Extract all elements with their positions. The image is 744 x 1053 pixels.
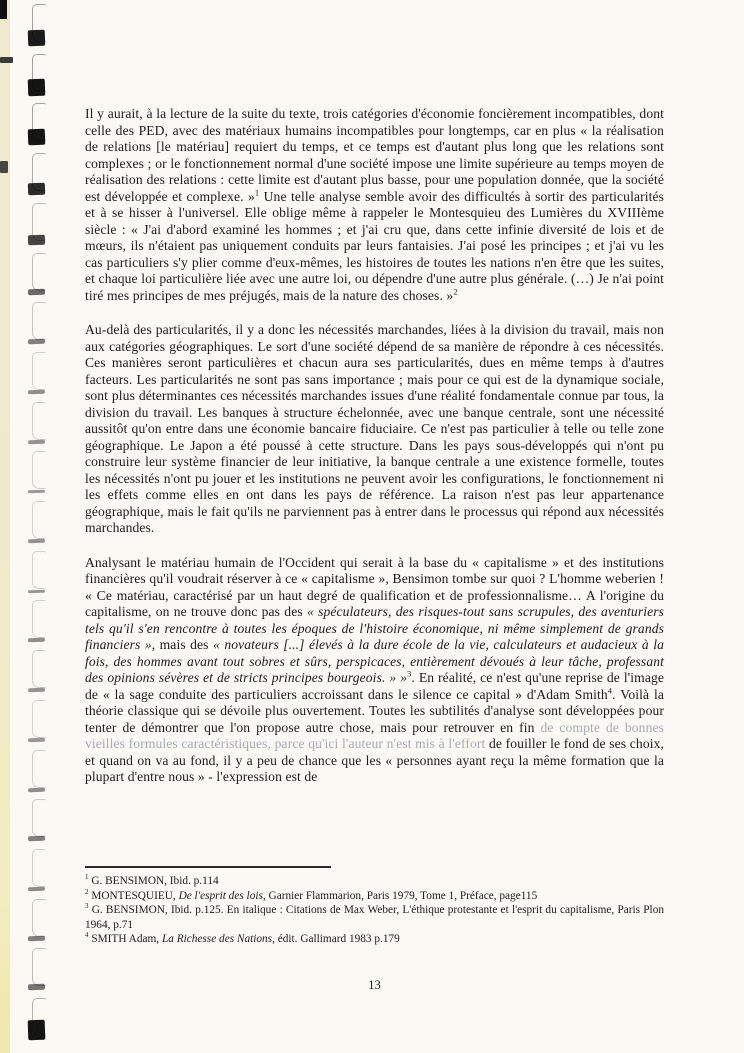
binding-mark-outline [32,948,46,986]
binding-mark-blob [28,539,45,544]
binding-mark [26,849,48,889]
binding-mark-blob [28,30,46,47]
binding-mark-blob [28,738,45,743]
binding-mark [26,750,48,790]
binding-mark-outline [32,600,46,638]
binding-mark-outline [32,402,46,440]
binding-mark [26,54,48,94]
binding-mark [26,451,48,491]
footnote-3: 3 G. BENSIMON, Ibid. p.125. En italique … [85,903,664,932]
body-paragraph-1: Il y aurait, à la lecture de la suite du… [85,106,664,304]
binding-mark [26,253,48,293]
binding-mark-blob [28,589,45,593]
binding-mark-outline [32,253,46,291]
binding-mark [26,799,48,839]
binding-mark [26,650,48,690]
binding-mark [26,302,48,342]
binding-mark-blob [28,935,45,941]
binding-mark-outline [32,750,46,788]
binding-marks [0,0,60,1053]
binding-mark-blob [28,490,45,494]
footnote-separator [85,866,331,868]
binding-mark-outline [32,302,46,340]
scanned-page: Il y aurait, à la lecture de la suite du… [0,0,744,1053]
binding-mark [26,899,48,939]
binding-mark-blob [28,439,45,444]
footnote-4: 4 SMITH Adam, La Richesse des Nations, é… [85,932,664,947]
binding-mark [26,551,48,591]
binding-mark-blob [28,235,45,246]
binding-mark-blob [28,288,45,295]
binding-mark-blob [28,787,45,792]
binding-mark [26,600,48,640]
binding-mark [26,103,48,143]
binding-mark [26,402,48,442]
binding-mark-outline [32,700,46,738]
binding-mark-blob [28,339,45,345]
binding-mark-outline [32,352,46,390]
binding-mark-blob [28,688,45,693]
body-paragraph-2: Au-delà des particularités, il y a donc … [85,322,664,537]
footnote-1: 1 G. BENSIMON, Ibid. p.114 [85,874,664,889]
page-body: Il y aurait, à la lecture de la suite du… [85,106,664,786]
binding-mark [26,998,48,1038]
binding-mark-outline [32,551,46,589]
footnotes: 1 G. BENSIMON, Ibid. p.114 2 MONTESQUIEU… [85,874,664,947]
binding-mark-outline [32,799,46,837]
binding-mark [26,352,48,392]
binding-mark-outline [32,501,46,539]
footnote-2: 2 MONTESQUIEU, De l'esprit des lois, Gar… [85,889,664,904]
page-number: 13 [85,978,664,993]
binding-mark [26,153,48,193]
binding-mark-outline [32,650,46,688]
binding-mark [26,203,48,243]
binding-mark-blob [28,887,45,892]
body-paragraph-3: Analysant le matériau humain de l'Occide… [85,555,664,786]
binding-mark-blob [28,183,45,196]
binding-mark-outline [32,451,46,489]
binding-mark-outline [32,849,46,887]
binding-mark-blob [28,638,45,643]
binding-mark [26,700,48,740]
binding-mark [26,948,48,988]
binding-mark-blob [28,129,46,146]
binding-mark-blob [28,78,46,96]
binding-mark-blob [28,984,45,991]
binding-mark-outline [32,899,46,937]
binding-mark [26,501,48,541]
binding-mark [26,4,48,44]
binding-mark-blob [28,390,45,395]
binding-mark-blob [28,836,45,842]
binding-mark-blob [28,1020,46,1041]
